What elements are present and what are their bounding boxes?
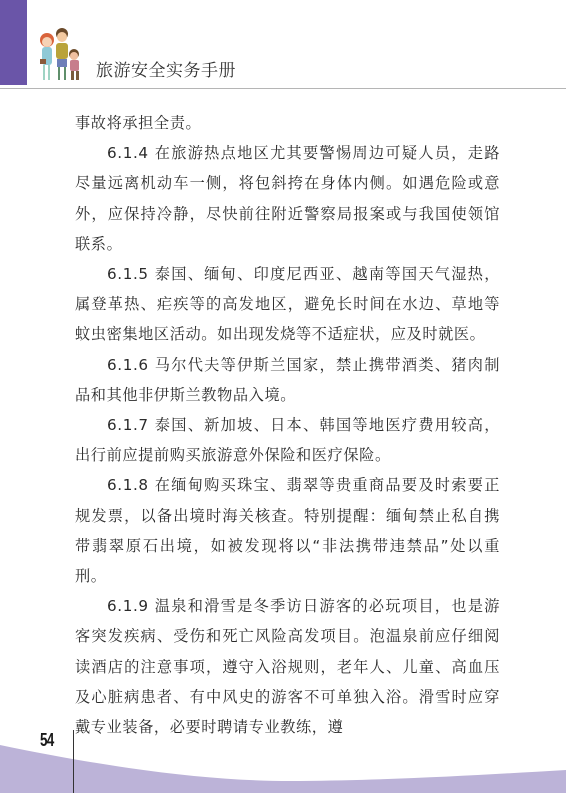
paragraph-6-1-5: 6.1.5 泰国、缅甸、印度尼西亚、越南等国天气湿热，属登革热、疟疾等的高发地区… (75, 259, 500, 350)
paragraph-6-1-8: 6.1.8 在缅甸购买珠宝、翡翠等贵重商品要及时索要正规发票，以备出境时海关核查… (75, 470, 500, 591)
paragraph-continuation: 事故将承担全责。 (75, 108, 500, 138)
paragraph-6-1-4: 6.1.4 在旅游热点地区尤其要警惕周边可疑人员，走路尽量远离机动车一侧，将包斜… (75, 138, 500, 259)
paragraph-6-1-6: 6.1.6 马尔代夫等伊斯兰国家，禁止携带酒类、猪肉制品和其他非伊斯兰教物品入境… (75, 350, 500, 410)
paragraph-6-1-7: 6.1.7 泰国、新加坡、日本、韩国等地医疗费用较高，出行前应提前购买旅游意外保… (75, 410, 500, 470)
book-title: 旅游安全实务手册 (96, 56, 236, 81)
page-body: 事故将承担全责。 6.1.4 在旅游热点地区尤其要警惕周边可疑人员，走路尽量远离… (75, 108, 500, 742)
family-mascot-icon (36, 26, 86, 84)
footer-vertical-rule (73, 730, 74, 793)
header-divider (0, 88, 566, 89)
page-number: 54 (40, 730, 54, 751)
header-color-band (0, 0, 27, 85)
footer-wave-decoration (0, 700, 566, 793)
